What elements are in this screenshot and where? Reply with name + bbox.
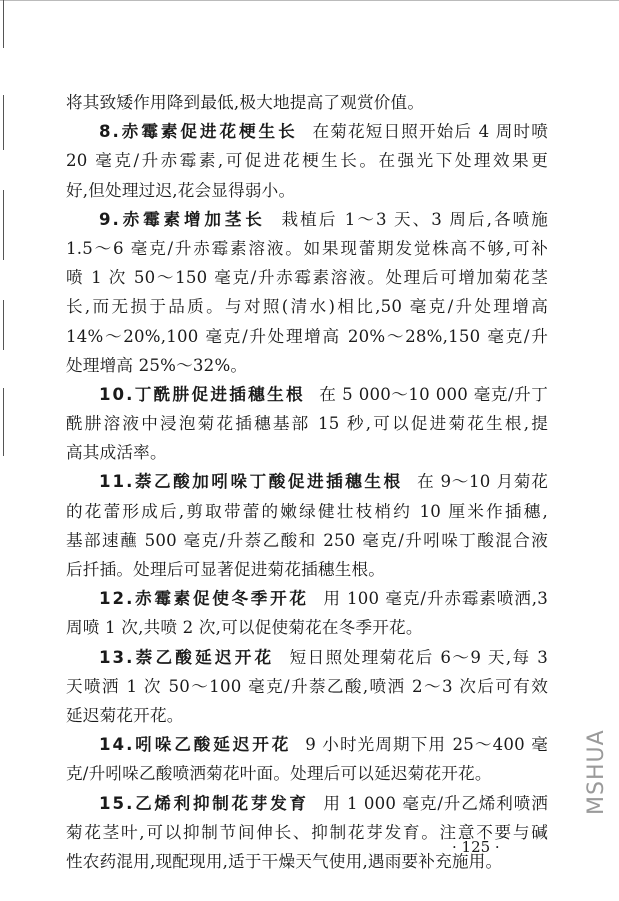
section-8-first-line: 8.赤霉素促进花梗生长在菊花短日照开始后 4 周时喷 bbox=[66, 117, 548, 146]
document-body: 将其致矮作用降到最低,极大地提高了观赏价值。 8.赤霉素促进花梗生长在菊花短日照… bbox=[66, 88, 548, 876]
section-heading: 12.赤霉素促使冬季开花 bbox=[99, 589, 309, 608]
text-line: 处理增高 25%～32%。 bbox=[66, 351, 548, 380]
margin-line bbox=[3, 190, 4, 260]
text-line: 延迟菊花开花。 bbox=[66, 701, 548, 730]
section-15-first-line: 15.乙烯利抑制花芽发育用 1 000 毫克/升乙烯利喷洒 bbox=[66, 789, 548, 818]
text-line: 天喷洒 1 次 50～100 毫克/升萘乙酸,喷洒 2～3 次后可有效 bbox=[66, 672, 548, 701]
section-heading: 14.吲哚乙酸延迟开花 bbox=[99, 735, 291, 754]
text-line: 1.5～6 毫克/升赤霉素溶液。如果现蕾期发觉株高不够,可补 bbox=[66, 234, 548, 263]
watermark: MSHUA bbox=[584, 715, 609, 815]
text-line: 后扦插。处理后可显著促进菊花插穗生根。 bbox=[66, 555, 548, 584]
text-line: 的花蕾形成后,剪取带蕾的嫩绿健壮枝梢约 10 厘米作插穗, bbox=[66, 497, 548, 526]
section-heading: 11.萘乙酸加吲哚丁酸促进插穗生根 bbox=[99, 472, 403, 491]
section-heading: 15.乙烯利抑制花芽发育 bbox=[99, 794, 309, 813]
section-heading: 10.丁酰肼促进插穗生根 bbox=[99, 385, 305, 404]
text-line: 好,但处理过迟,花会显得弱小。 bbox=[66, 176, 548, 205]
page-number: · 125 · bbox=[452, 838, 500, 856]
text-line: 20 毫克/升赤霉素,可促进花梗生长。在强光下处理效果更 bbox=[66, 146, 548, 175]
margin-line bbox=[3, 95, 4, 150]
section-11-first-line: 11.萘乙酸加吲哚丁酸促进插穗生根在 9～10 月菊花 bbox=[66, 467, 548, 496]
section-13-first-line: 13.萘乙酸延迟开花短日照处理菊花后 6～9 天,每 3 bbox=[66, 643, 548, 672]
text-line: 14%～20%,100 毫克/升处理增高 20%～28%,150 毫克/升 bbox=[66, 322, 548, 351]
section-10-first-line: 10.丁酰肼促进插穗生根在 5 000～10 000 毫克/升丁 bbox=[66, 380, 548, 409]
margin-line bbox=[3, 300, 4, 350]
paragraph-continuation: 将其致矮作用降到最低,极大地提高了观赏价值。 bbox=[66, 88, 548, 117]
margin-line bbox=[3, 388, 4, 456]
section-14-first-line: 14.吲哚乙酸延迟开花9 小时光周期下用 25～400 毫 bbox=[66, 730, 548, 759]
top-border bbox=[0, 0, 619, 1]
text-line: 周喷 1 次,共喷 2 次,可以促使菊花在冬季开花。 bbox=[66, 613, 548, 642]
section-heading: 9.赤霉素增加茎长 bbox=[99, 210, 266, 229]
text-line: 酰肼溶液中浸泡菊花插穗基部 15 秒,可以促进菊花生根,提 bbox=[66, 409, 548, 438]
section-12-first-line: 12.赤霉素促使冬季开花用 100 毫克/升赤霉素喷洒,3 bbox=[66, 584, 548, 613]
section-heading: 8.赤霉素促进花梗生长 bbox=[99, 122, 298, 141]
text-line: 克/升吲哚乙酸喷洒菊花叶面。处理后可以延迟菊花开花。 bbox=[66, 759, 548, 788]
margin-line bbox=[3, 0, 4, 48]
text-line: 长,而无损于品质。与对照(清水)相比,50 毫克/升处理增高 bbox=[66, 292, 548, 321]
text-line: 喷 1 次 50～150 毫克/升赤霉素溶液。处理后可增加菊花茎 bbox=[66, 263, 548, 292]
text-line: 高其成活率。 bbox=[66, 438, 548, 467]
text-line: 基部速蘸 500 毫克/升萘乙酸和 250 毫克/升吲哚丁酸混合液 bbox=[66, 526, 548, 555]
section-heading: 13.萘乙酸延迟开花 bbox=[99, 648, 274, 667]
section-9-first-line: 9.赤霉素增加茎长栽植后 1～3 天、3 周后,各喷施 bbox=[66, 205, 548, 234]
